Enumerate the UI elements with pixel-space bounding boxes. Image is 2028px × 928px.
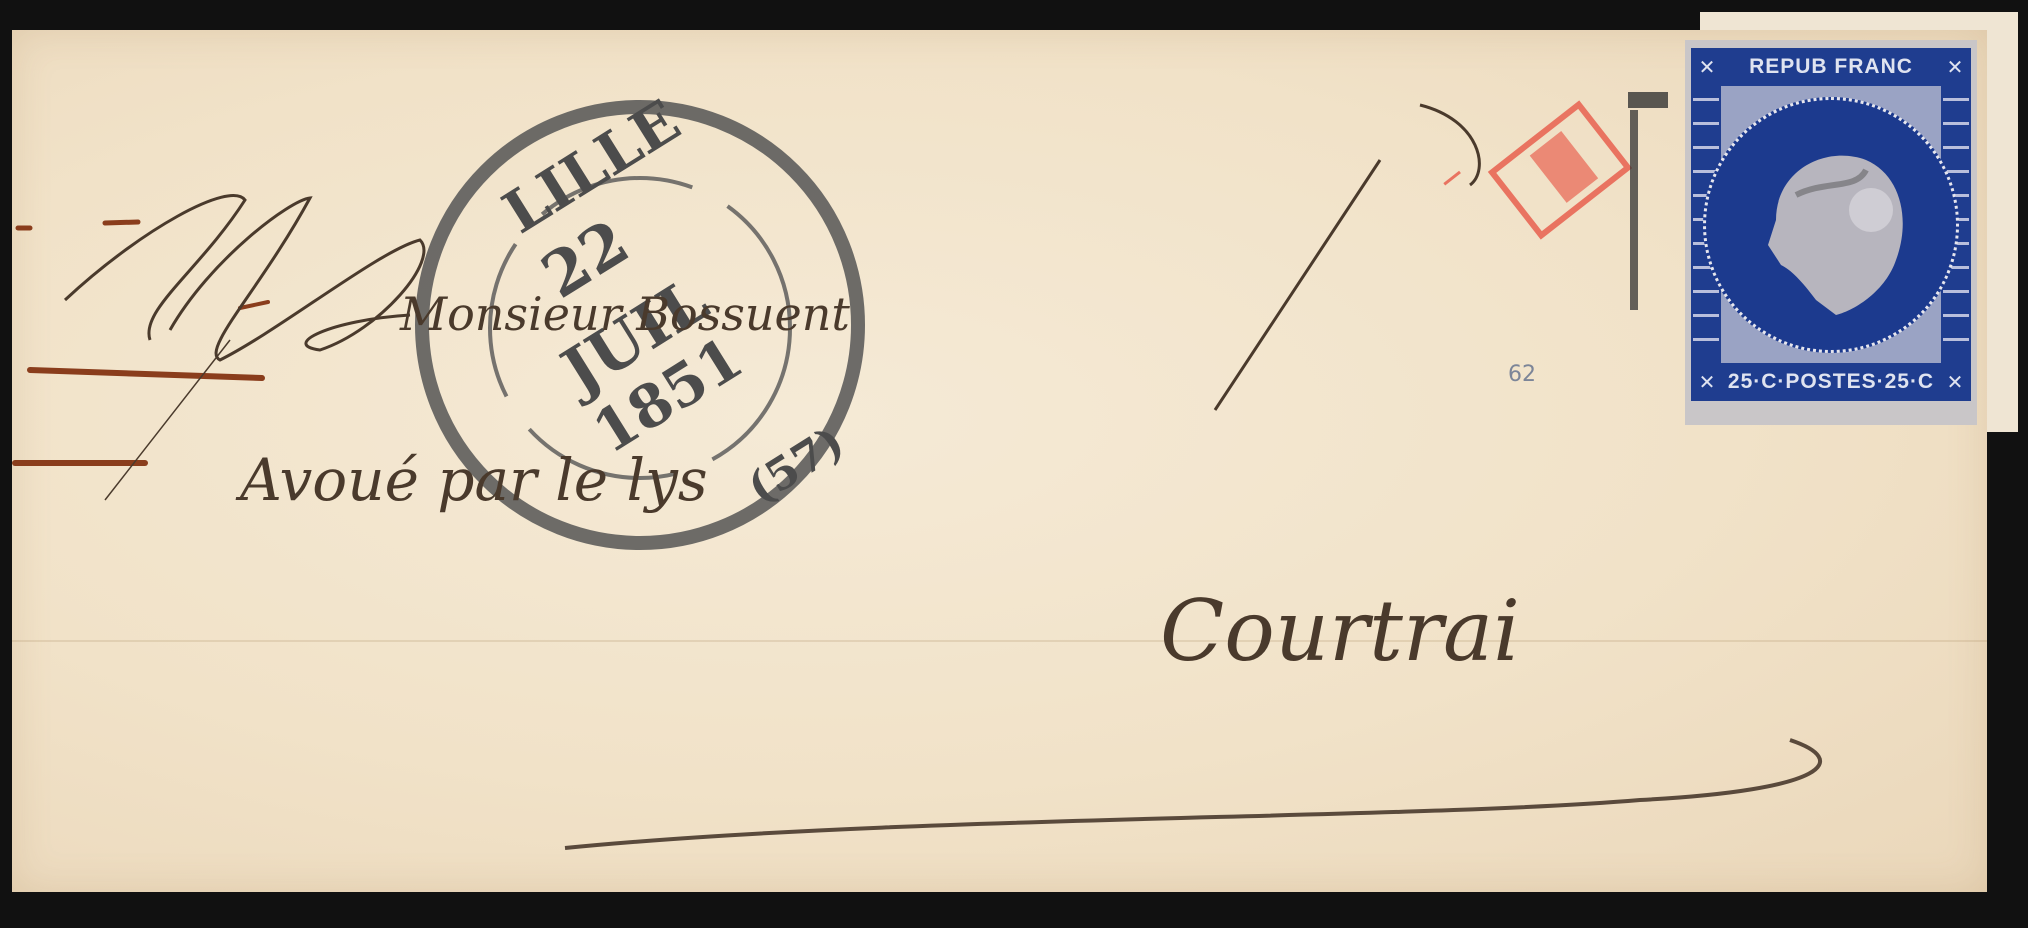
stamp-field: [1721, 86, 1941, 363]
stamp-bottom-inscription: 25·C·POSTES·25·C: [1721, 367, 1941, 397]
ceres-25c-stamp: ✕ ✕ ✕ ✕ REPUB FRANC 25·C·POSTES·25·C: [1685, 40, 1977, 425]
crayon-rate-marks: [15, 222, 268, 463]
corner-cross-icon: ✕: [1693, 367, 1721, 397]
grid-cancel-strike: [1628, 92, 1668, 310]
address-line-2: Avoué par le lys: [235, 446, 708, 514]
stamp-top-inscription: REPUB FRANC: [1721, 52, 1941, 82]
corner-cross-icon: ✕: [1941, 52, 1969, 82]
address-line-1: Monsieur Bossuent: [399, 287, 850, 341]
cover-photo: LILLE 22 JUIL 1851 (57) Monsieur Bossuen…: [0, 0, 2028, 928]
corner-cross-icon: ✕: [1693, 52, 1721, 82]
address-line-3: Courtrai: [1160, 582, 1520, 680]
handwritten-address: Monsieur Bossuent Avoué par le lys Court…: [65, 105, 1820, 848]
ceres-portrait-medallion: [1703, 97, 1959, 353]
pencil-note: 62: [1508, 362, 1536, 387]
red-pd-marking: [1444, 89, 1628, 263]
corner-cross-icon: ✕: [1941, 367, 1969, 397]
ceres-head-icon: [1706, 100, 1956, 350]
stamp-design: ✕ ✕ ✕ ✕ REPUB FRANC 25·C·POSTES·25·C: [1691, 48, 1971, 401]
